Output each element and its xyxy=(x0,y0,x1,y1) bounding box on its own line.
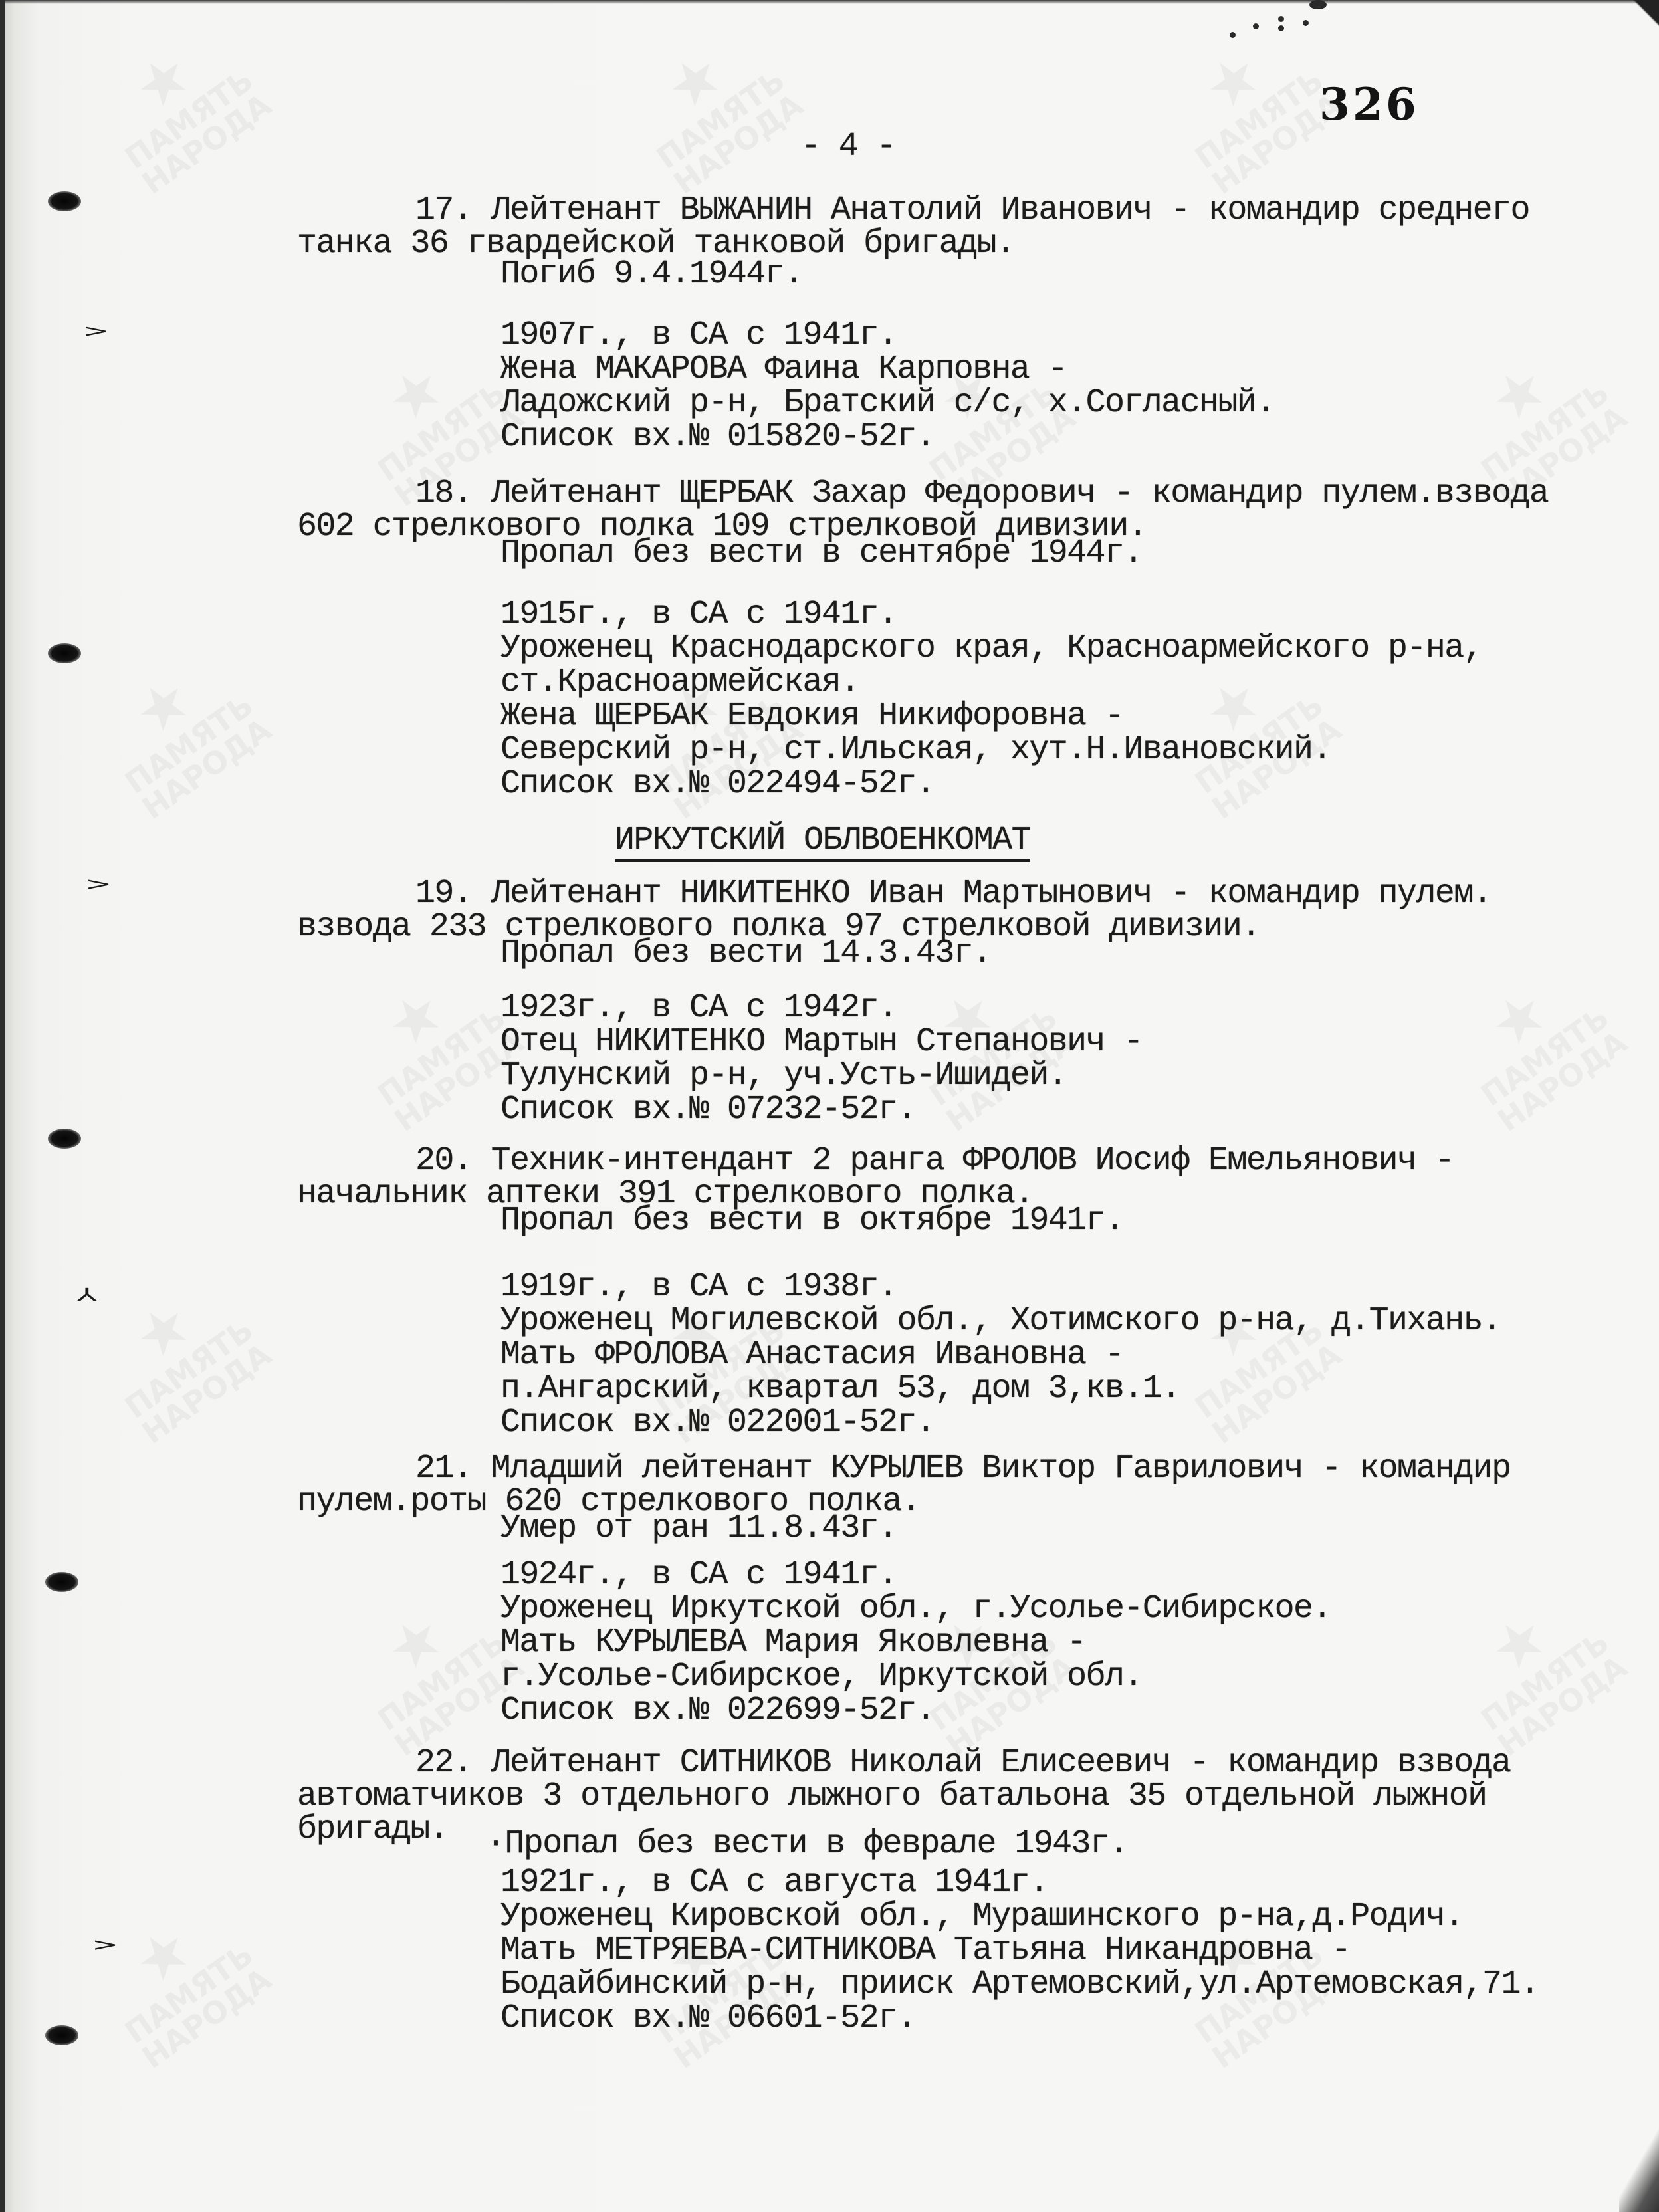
entry-fate: Умер от ран 11.8.43г. xyxy=(500,1512,897,1545)
punch-hole xyxy=(48,643,81,663)
entry-fate: Пропал без вести в сентябре 1944г. xyxy=(500,537,1143,570)
watermark: ★ПАМЯТЬНАРОДА xyxy=(85,1264,276,1448)
entry-detail-line: Жена ЩЕРБАК Евдокия Никифоровна - xyxy=(500,700,1123,733)
watermark: ★ПАМЯТЬНАРОДА xyxy=(85,15,276,199)
page-corner-fold xyxy=(1632,0,1659,27)
entry-header: 19. Лейтенант НИКИТЕНКО Иван Мартынович … xyxy=(415,877,1492,911)
page-number: - 4 - xyxy=(801,130,895,164)
entry-fate: ·Пропал без вести в феврале 1943г. xyxy=(486,1828,1128,1861)
entry-detail-line: Список вх.№ 022494-52г. xyxy=(500,768,935,801)
entry-header: 21. Младший лейтенант КУРЫЛЕВ Виктор Гав… xyxy=(415,1452,1510,1486)
watermark: ★ПАМЯТЬНАРОДА xyxy=(617,15,808,199)
entry-detail-line: Северский р-н, ст.Ильская, хут.Н.Ивановс… xyxy=(500,734,1331,767)
entry-detail-line: Список вх.№ 06601-52г. xyxy=(500,2002,916,2035)
scan-left-edge xyxy=(0,0,5,2212)
entry-header: 22. Лейтенант СИТНИКОВ Николай Елисеевич… xyxy=(415,1747,1510,1780)
entry-detail-line: Мать КУРЫЛЕВА Мария Яковлевна - xyxy=(500,1626,1086,1660)
entry-detail-line: 1919г., в СА с 1938г. xyxy=(500,1271,897,1304)
watermark: ★ПАМЯТЬНАРОДА xyxy=(1155,1264,1346,1448)
entry-detail-line: Уроженец Кировской обл., Мурашинского р-… xyxy=(500,1900,1464,1934)
entry-header: 20. Техник-интендант 2 ранга ФРОЛОВ Иоси… xyxy=(415,1145,1454,1178)
entry-detail-line: 1923г., в СА с 1942г. xyxy=(500,992,897,1025)
entry-fate: Пропал без вести в октябре 1941г. xyxy=(500,1204,1123,1238)
entry-detail-line: Отец НИКИТЕНКО Мартын Степанович - xyxy=(500,1026,1143,1059)
watermark: ★ПАМЯТЬНАРОДА xyxy=(1441,1577,1632,1761)
punch-hole xyxy=(48,1129,81,1149)
section-heading: ИРКУТСКИЙ ОБЛВОЕНКОМАТ xyxy=(615,824,1030,862)
watermark: ★ПАМЯТЬНАРОДА xyxy=(1155,15,1346,199)
page-corner-curl xyxy=(1619,2092,1659,2212)
entry-detail-line: Список вх.№ 015820-52г. xyxy=(500,421,935,454)
entry-detail-line: 1915г., в СА с 1941г. xyxy=(500,598,897,631)
entry-detail-line: Мать ФРОЛОВА Анастасия Ивановна - xyxy=(500,1339,1123,1372)
entry-detail-line: г.Усолье-Сибирское, Иркутской обл. xyxy=(500,1660,1143,1694)
margin-tick-mark: > xyxy=(82,321,109,342)
entry-detail-line: п.Ангарский, квартал 53, дом 3,кв.1. xyxy=(500,1373,1180,1406)
entry-header-continued: автоматчиков 3 отдельного лыжного баталь… xyxy=(297,1780,1487,1813)
margin-tick-mark: > xyxy=(92,1935,118,1955)
margin-tick-mark: > xyxy=(85,874,112,895)
entry-detail-line: 1907г., в СА с 1941г. xyxy=(500,319,897,352)
entry-detail-line: Мать МЕТРЯЕВА-СИТНИКОВА Татьяна Никандро… xyxy=(500,1934,1350,1967)
punch-hole xyxy=(45,2025,78,2045)
scan-top-edge xyxy=(0,0,1659,4)
entry-detail-line: 1924г., в СА с 1941г. xyxy=(500,1559,897,1592)
watermark: ★ПАМЯТЬНАРОДА xyxy=(85,639,276,824)
entry-detail-line: Уроженец Краснодарского края, Красноарме… xyxy=(500,632,1482,665)
watermark: ★ПАМЯТЬНАРОДА xyxy=(85,1889,276,2073)
ink-specks xyxy=(1230,0,1363,40)
entry-header: 18. Лейтенант ЩЕРБАК Захар Федорович - к… xyxy=(415,477,1548,510)
margin-tick-mark: ⅄ xyxy=(77,1285,96,1305)
punch-hole xyxy=(48,191,81,211)
entry-header-continued: бригады. xyxy=(297,1813,448,1846)
entry-fate: Пропал без вести 14.3.43г. xyxy=(500,937,992,970)
entry-detail-line: Уроженец Могилевской обл., Хотимского р-… xyxy=(500,1305,1501,1338)
entry-detail-line: 1921г., в СА с августа 1941г. xyxy=(500,1866,1048,1900)
document-page: ★ПАМЯТЬНАРОДА★ПАМЯТЬНАРОДА★ПАМЯТЬНАРОДА★… xyxy=(0,0,1659,2212)
folio-stamp: 326 xyxy=(1319,78,1419,130)
entry-detail-line: Бодайбинский р-н, прииск Артемовский,ул.… xyxy=(500,1968,1539,2001)
entry-detail-line: Список вх.№ 022699-52г. xyxy=(500,1694,935,1727)
entry-detail-line: Список вх.№ 022001-52г. xyxy=(500,1406,935,1440)
entry-fate: Погиб 9.4.1944г. xyxy=(500,258,802,291)
entry-detail-line: Ладожский р-н, Братский с/с, х.Согласный… xyxy=(500,387,1275,420)
entry-detail-line: Уроженец Иркутской обл., г.Усолье-Сибирс… xyxy=(500,1593,1331,1626)
watermark: ★ПАМЯТЬНАРОДА xyxy=(1441,952,1632,1136)
entry-detail-line: Жена МАКАРОВА Фаина Карповна - xyxy=(500,353,1067,386)
entry-header: 17. Лейтенант ВЫЖАНИН Анатолий Иванович … xyxy=(415,194,1529,227)
entry-detail-line: Список вх.№ 07232-52г. xyxy=(500,1093,916,1127)
entry-detail-line: ст.Красноармейская. xyxy=(500,666,859,699)
entry-detail-line: Тулунский р-н, уч.Усть-Ишидей. xyxy=(500,1059,1067,1093)
punch-hole xyxy=(45,1572,78,1592)
